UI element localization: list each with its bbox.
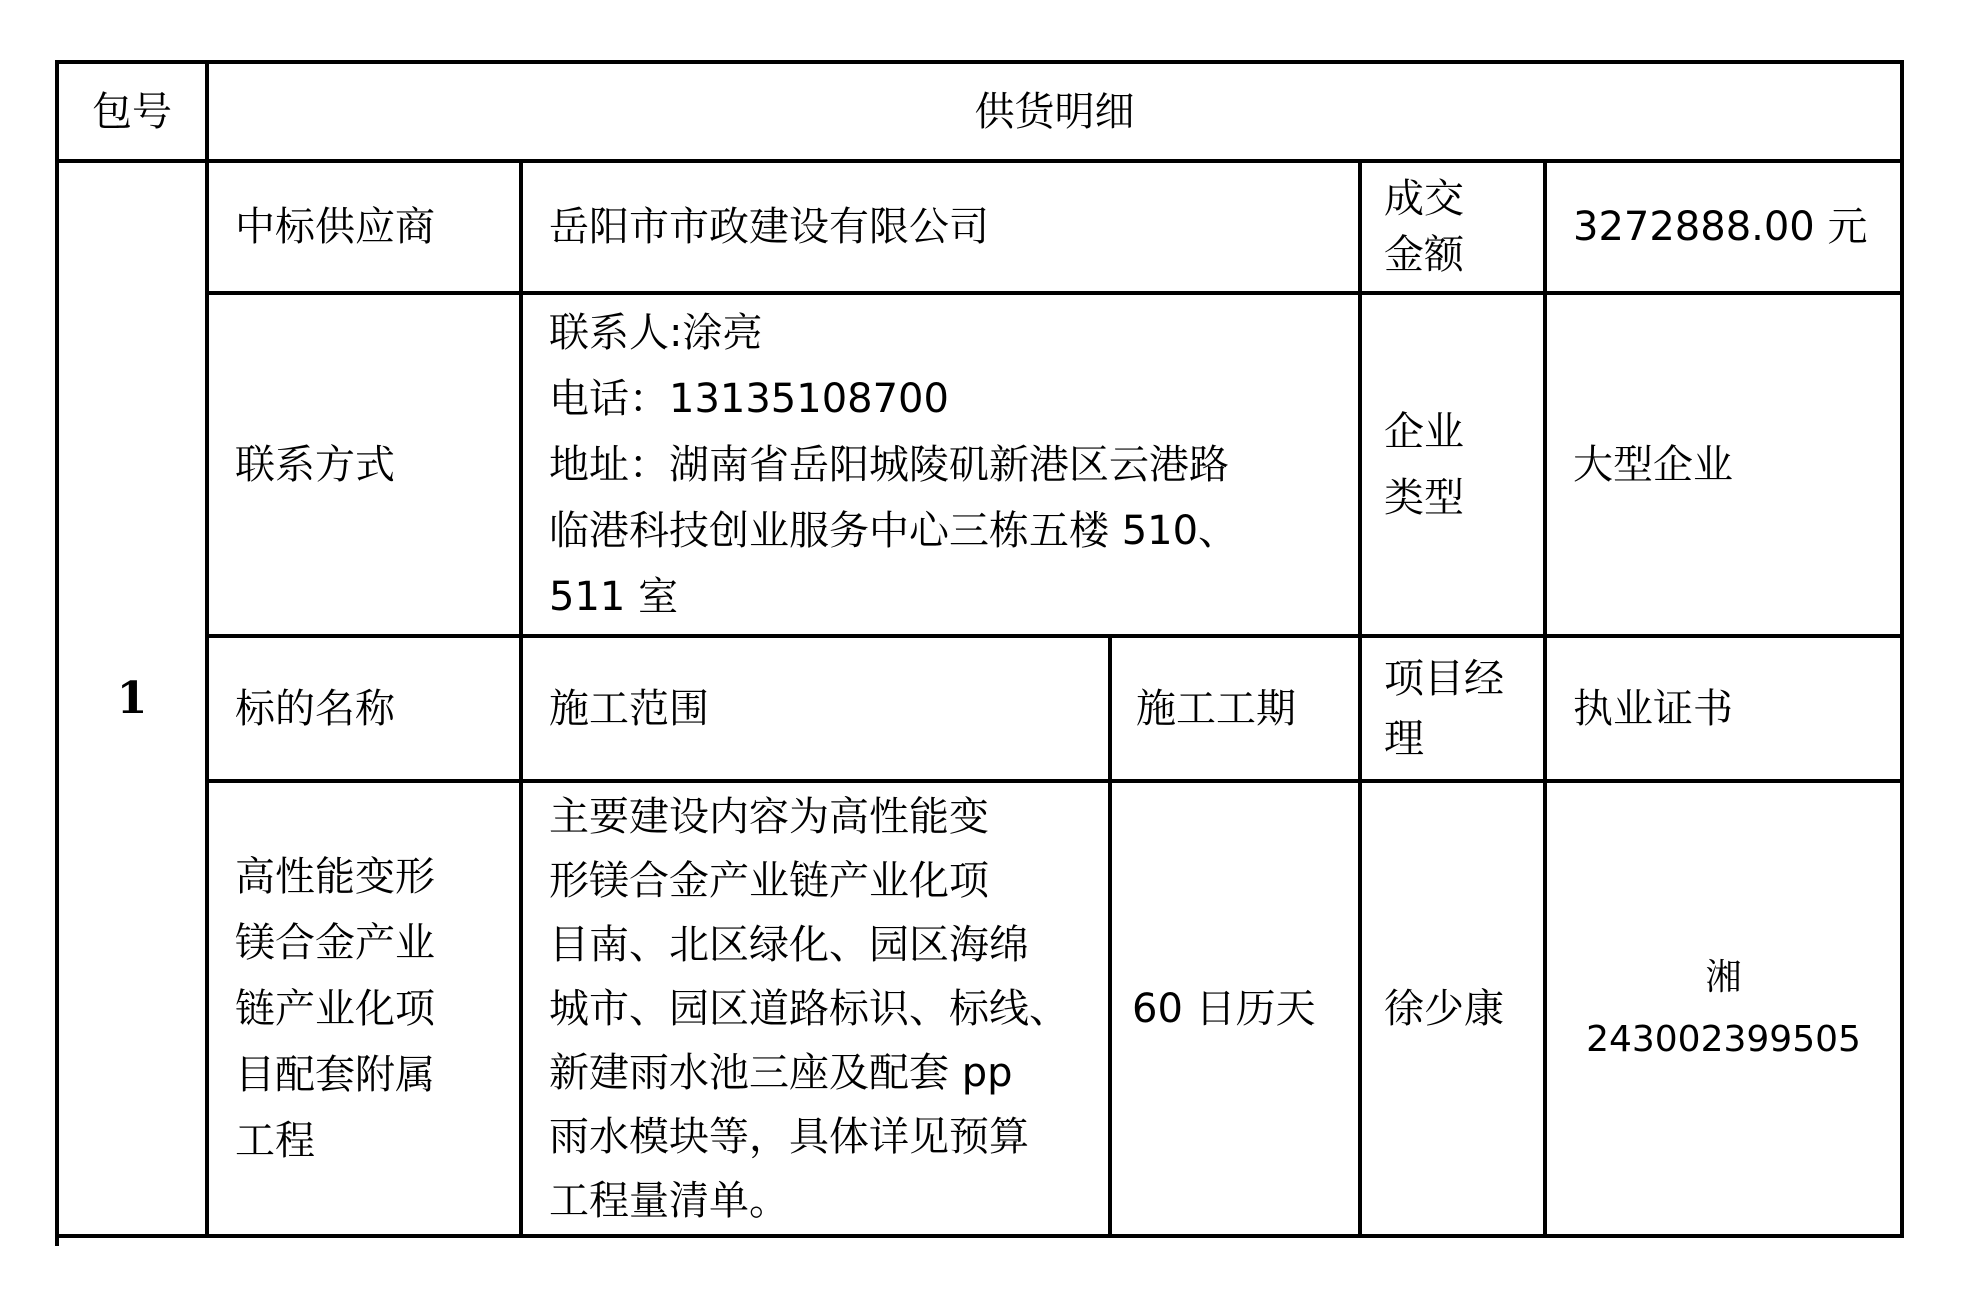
contact-phone: 电话：13135108700 bbox=[549, 366, 949, 432]
header-package-no: 包号 bbox=[57, 62, 207, 161]
divider-row1 bbox=[207, 291, 1904, 295]
divider-col2 bbox=[519, 159, 523, 1238]
divider-header bbox=[57, 159, 1904, 163]
col-manager-label: 项目经 理 bbox=[1384, 649, 1504, 769]
col-certificate-label: 执业证书 bbox=[1573, 676, 1733, 742]
col-manager: 项目经 理 bbox=[1360, 636, 1545, 781]
supplier-label: 中标供应商 bbox=[235, 194, 435, 260]
header-supply-details-label: 供货明细 bbox=[975, 79, 1135, 145]
row-certificate: 湘 243002399505 bbox=[1545, 781, 1902, 1236]
enterprise-type-value-cell: 大型企业 bbox=[1545, 293, 1902, 636]
divider-col1 bbox=[205, 60, 209, 1238]
package-number: 1 bbox=[117, 666, 148, 732]
col-subject-name-label: 标的名称 bbox=[235, 676, 395, 742]
supplier-name-cell: 岳阳市市政建设有限公司 bbox=[521, 161, 1360, 293]
enterprise-type-label: 企业 类型 bbox=[1384, 399, 1464, 531]
col-period: 施工工期 bbox=[1110, 636, 1360, 781]
amount-label-cell: 成交 金额 bbox=[1360, 161, 1545, 293]
supply-details-table: 包号 供货明细 1 中标供应商 岳阳市市政建设有限公司 成交 金额 327288… bbox=[57, 62, 1902, 1236]
border-left bbox=[55, 60, 59, 1246]
contact-person: 联系人:涂亮 bbox=[549, 300, 762, 366]
col-subject-name: 标的名称 bbox=[207, 636, 521, 781]
border-top bbox=[57, 60, 1904, 64]
row-period-text: 60 日历天 bbox=[1132, 976, 1316, 1042]
divider-row3 bbox=[207, 779, 1904, 783]
header-package-no-label: 包号 bbox=[92, 79, 172, 145]
border-bottom bbox=[57, 1234, 1904, 1238]
contact-label: 联系方式 bbox=[235, 432, 395, 498]
contact-address-line-2: 临港科技创业服务中心三栋五楼 510、 bbox=[549, 498, 1238, 564]
col-scope-label: 施工范围 bbox=[549, 676, 709, 742]
divider-col4 bbox=[1358, 159, 1362, 1238]
header-supply-details: 供货明细 bbox=[207, 62, 1902, 161]
amount-value-cell: 3272888.00 元 bbox=[1545, 161, 1902, 293]
border-right bbox=[1900, 60, 1904, 1238]
amount-label: 成交 金额 bbox=[1384, 171, 1464, 283]
row-subject-name-text: 高性能变形 镁合金产业 链产业化项 目配套附属 工程 bbox=[235, 844, 435, 1174]
enterprise-type-label-cell: 企业 类型 bbox=[1360, 293, 1545, 636]
contact-address-line-1: 地址：湖南省岳阳城陵矶新港区云港路 bbox=[549, 432, 1229, 498]
row-period: 60 日历天 bbox=[1110, 781, 1360, 1236]
row-certificate-text: 湘 243002399505 bbox=[1586, 947, 1861, 1071]
amount-value: 3272888.00 元 bbox=[1573, 194, 1867, 260]
contact-label-cell: 联系方式 bbox=[207, 293, 521, 636]
col-certificate: 执业证书 bbox=[1545, 636, 1902, 781]
col-scope: 施工范围 bbox=[521, 636, 1110, 781]
divider-row2 bbox=[207, 634, 1904, 638]
col-period-label: 施工工期 bbox=[1136, 676, 1296, 742]
package-number-cell: 1 bbox=[57, 161, 207, 1236]
divider-col5 bbox=[1543, 159, 1547, 1238]
row-manager-text: 徐少康 bbox=[1384, 976, 1504, 1042]
contact-address-line-3: 511 室 bbox=[549, 564, 678, 630]
enterprise-type-value: 大型企业 bbox=[1573, 432, 1733, 498]
supplier-label-cell: 中标供应商 bbox=[207, 161, 521, 293]
row-subject-name: 高性能变形 镁合金产业 链产业化项 目配套附属 工程 bbox=[207, 781, 521, 1236]
supplier-name: 岳阳市市政建设有限公司 bbox=[549, 194, 989, 260]
row-manager: 徐少康 bbox=[1360, 781, 1545, 1236]
row-scope: 主要建设内容为高性能变 形镁合金产业链产业化项 目南、北区绿化、园区海绵 城市、… bbox=[521, 781, 1110, 1236]
contact-info-cell: 联系人:涂亮 电话：13135108700 地址：湖南省岳阳城陵矶新港区云港路 … bbox=[521, 293, 1360, 636]
divider-col3 bbox=[1108, 634, 1112, 1238]
row-scope-text: 主要建设内容为高性能变 形镁合金产业链产业化项 目南、北区绿化、园区海绵 城市、… bbox=[549, 785, 1069, 1233]
